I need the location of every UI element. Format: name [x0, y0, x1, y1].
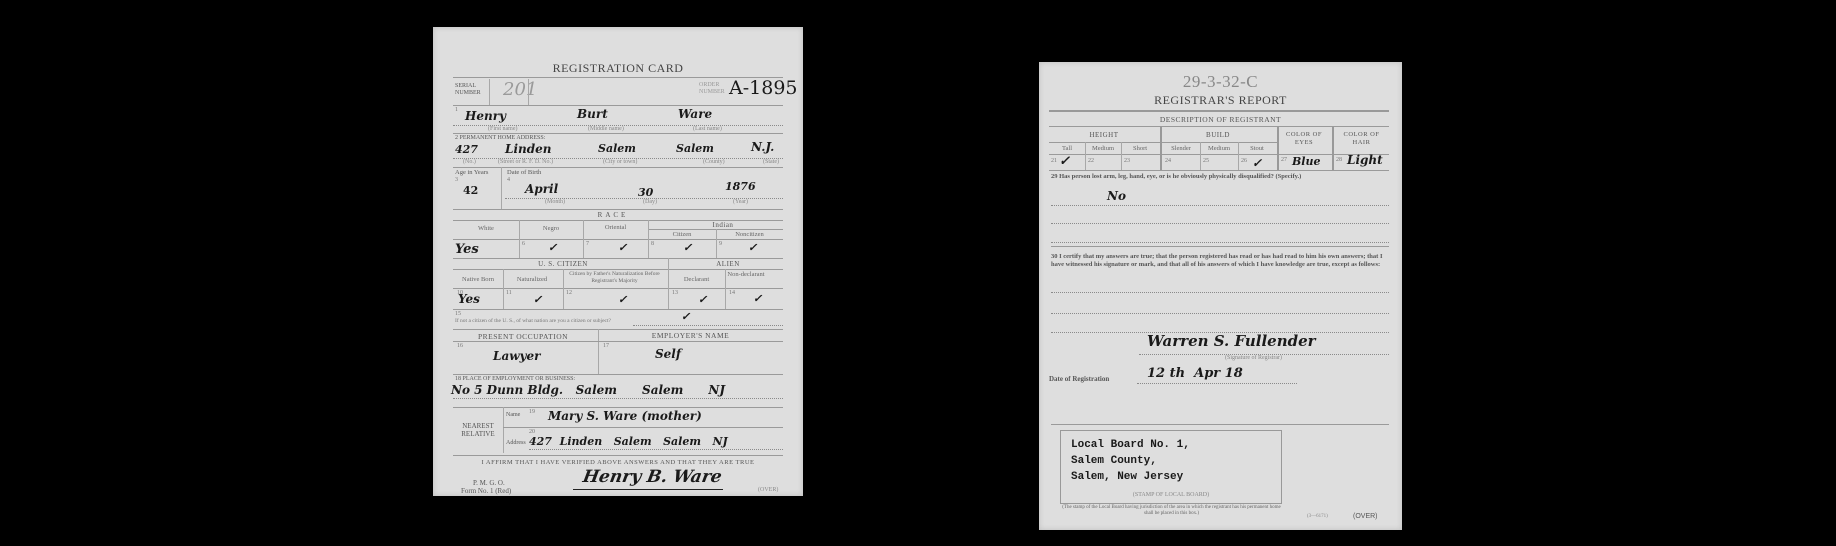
alien-header: ALIEN	[673, 260, 783, 268]
eyes-value: Blue	[1292, 155, 1320, 168]
over-label-report: (OVER)	[1353, 513, 1378, 520]
father-naturalization-value: ✓	[618, 293, 627, 306]
tall-mark: ✓	[1059, 154, 1070, 169]
relative-name-label: Name	[506, 412, 520, 418]
height-header: HEIGHT	[1049, 131, 1159, 139]
affirm-statement: I AFFIRM THAT I HAVE VERIFIED ABOVE ANSW…	[453, 459, 783, 466]
caption-state: (State)	[763, 159, 779, 165]
hair-value: Light	[1347, 153, 1383, 167]
address-number: 427	[455, 143, 478, 156]
alien-col-nondeclarant: Non-declarant	[726, 271, 766, 278]
form-label: P. M. G. O.	[473, 479, 505, 487]
dob-label: Date of Birth	[507, 169, 541, 176]
citizen-col-native: Native Born	[453, 276, 503, 283]
stamp-line-3: Salem, New Jersey	[1071, 471, 1183, 483]
age-value: 42	[463, 184, 478, 197]
col-short: Short	[1121, 145, 1159, 152]
nearest-relative-label: NEAREST RELATIVE	[459, 422, 497, 438]
form-number: Form No. 1 (Red)	[461, 487, 511, 495]
local-board-stamp: Local Board No. 1, Salem County, Salem, …	[1060, 430, 1282, 504]
place-label: 18 PLACE OF EMPLOYMENT OR BUSINESS:	[455, 376, 575, 382]
dob-month: April	[525, 182, 558, 196]
registrar-report-card: 29-3-32-C REGISTRAR'S REPORT DESCRIPTION…	[1039, 62, 1402, 530]
race-noncitizen-value: ✓	[748, 241, 757, 254]
build-header: BUILD	[1162, 131, 1274, 139]
race-col-noncitizen: Noncitizen	[716, 231, 783, 238]
middle-name: Burt	[577, 107, 608, 121]
nation-answer: ✓	[681, 310, 690, 323]
relative-address-label: Address	[506, 440, 526, 446]
relative-name-value: Mary S. Ware (mother)	[548, 409, 702, 423]
serial-number: 201	[503, 79, 537, 100]
first-name: Henry	[465, 109, 506, 123]
stamp-caption: (STAMP OF LOCAL BOARD)	[1061, 492, 1281, 498]
num-22: 22	[1088, 158, 1094, 164]
address-city: Salem	[598, 142, 636, 155]
num-26: 26	[1241, 158, 1247, 164]
registration-card: REGISTRATION CARD SERIAL NUMBER 201 ORDE…	[433, 27, 803, 496]
alien-col-declarant: Declarant	[669, 276, 724, 283]
date-label: Date of Registration	[1049, 375, 1109, 383]
caption-day: (Day)	[643, 199, 657, 205]
occupation-value: Lawyer	[493, 349, 540, 363]
stamp-line-1: Local Board No. 1,	[1071, 439, 1190, 451]
race-col-negro: Negro	[519, 225, 583, 232]
place-value: No 5 Dunn Bldg. Salem Salem NJ	[451, 383, 725, 397]
over-label: (OVER)	[758, 487, 778, 493]
question-29: 29 Has person lost arm, leg, hand, eye, …	[1051, 173, 1391, 181]
eyes-header: COLOR OF EYES	[1279, 131, 1329, 147]
question-29-answer: No	[1107, 189, 1126, 203]
middle-name-caption: (Middle name)	[588, 126, 624, 132]
dob-year: 1876	[725, 180, 756, 193]
nation-question: If not a citizen of the U. S., of what n…	[455, 318, 611, 324]
stamp-line-2: Salem County,	[1071, 455, 1157, 467]
caption-year: (Year)	[733, 199, 748, 205]
nondeclarant-value: ✓	[753, 292, 762, 305]
col-medium-build: Medium	[1200, 145, 1238, 152]
description-header: DESCRIPTION OF REGISTRANT	[1039, 115, 1402, 124]
num-27: 27	[1281, 157, 1287, 163]
address-street: Linden	[505, 142, 551, 156]
race-citizen-value: ✓	[683, 241, 692, 254]
order-label: ORDER NUMBER	[699, 82, 729, 96]
first-name-caption: (First name)	[488, 126, 518, 132]
order-number: A-1895	[729, 77, 798, 99]
col-slender: Slender	[1162, 145, 1200, 152]
file-number: 29-3-32-C	[1039, 72, 1402, 92]
naturalized-value: ✓	[533, 293, 542, 306]
race-header: RACE	[583, 211, 643, 219]
address-state: N.J.	[751, 140, 774, 154]
race-white-value: Yes	[455, 242, 479, 257]
num-28: 28	[1336, 157, 1342, 163]
signature-caption: (Signature of Registrar)	[1225, 355, 1282, 361]
last-name: Ware	[678, 107, 712, 121]
employer-value: Self	[655, 347, 681, 361]
indian-label: Indian	[683, 221, 763, 229]
race-col-white: White	[453, 225, 519, 232]
registrar-signature: Warren S. Fullender	[1147, 332, 1316, 350]
relative-address-value: 427 Linden Salem Salem NJ	[529, 435, 728, 448]
hair-header: COLOR OF HAIR	[1334, 131, 1389, 147]
caption-street: (Street or R. F. D. No.)	[498, 159, 553, 165]
citizen-col-father: Citizen by Father's Naturalization Befor…	[563, 271, 666, 285]
race-col-citizen: Citizen	[648, 231, 716, 238]
caption-county: (County)	[703, 159, 725, 165]
question-30: 30 I certify that my answers are true; t…	[1051, 253, 1391, 269]
num-24: 24	[1165, 158, 1171, 164]
col-stout: Stout	[1238, 145, 1276, 152]
employer-header: EMPLOYER'S NAME	[598, 331, 783, 340]
caption-city: (City or town)	[603, 159, 637, 165]
last-name-caption: (Last name)	[693, 126, 722, 132]
report-title: REGISTRAR'S REPORT	[1039, 93, 1402, 108]
caption-no: (No.)	[463, 159, 476, 165]
caption-month: (Month)	[545, 199, 565, 205]
num-21: 21	[1051, 158, 1057, 164]
home-address-label: 2 PERMANENT HOME ADDRESS:	[455, 135, 545, 141]
num-23: 23	[1124, 158, 1130, 164]
form-code: (3—6171)	[1307, 514, 1328, 519]
registrant-signature: Henry B. Ware	[581, 467, 723, 487]
citizen-col-naturalized: Naturalized	[503, 276, 561, 283]
declarant-value: ✓	[698, 293, 707, 306]
stout-mark: ✓	[1252, 156, 1262, 170]
col-tall: Tall	[1049, 145, 1085, 152]
occupation-header: PRESENT OCCUPATION	[453, 332, 593, 341]
us-citizen-header: U. S. CITIZEN	[493, 260, 633, 268]
card-title: REGISTRATION CARD	[433, 61, 803, 76]
race-oriental-value: ✓	[618, 241, 627, 254]
native-born-value: Yes	[458, 292, 480, 306]
age-label: Age in Years	[455, 169, 488, 176]
stamp-note: (The stamp of the Local Board having jur…	[1059, 505, 1284, 517]
num-25: 25	[1203, 158, 1209, 164]
address-county: Salem	[676, 142, 714, 155]
serial-label: SERIAL NUMBER	[455, 83, 485, 97]
col-medium-height: Medium	[1085, 145, 1121, 152]
date-value: 12 th Apr 18	[1147, 366, 1243, 381]
race-negro-value: ✓	[548, 241, 557, 254]
race-col-oriental: Oriental	[583, 224, 648, 231]
